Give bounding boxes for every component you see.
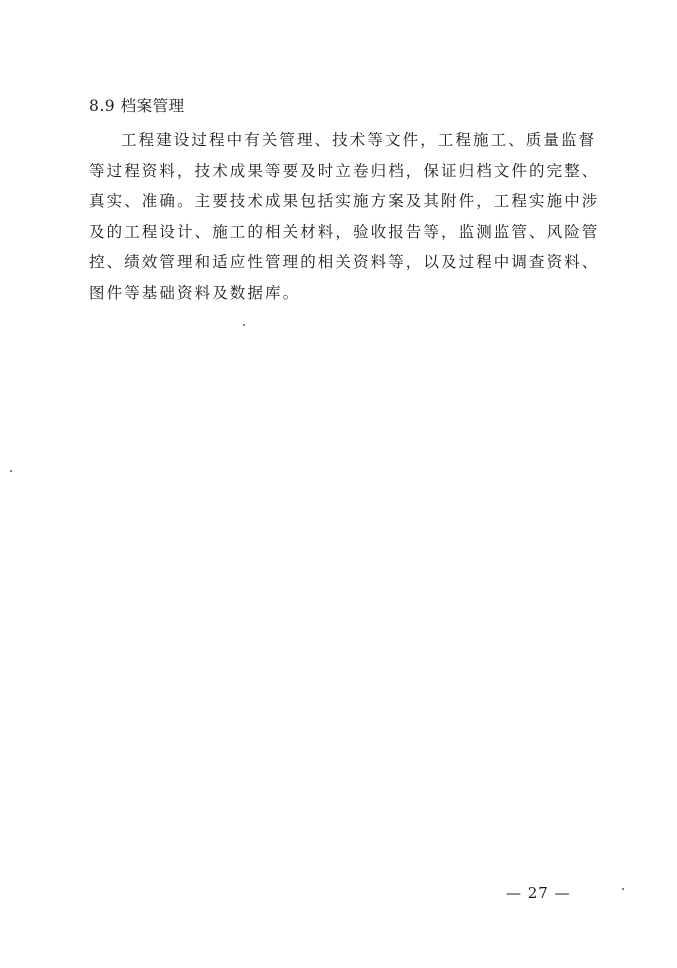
scan-speck: [243, 324, 245, 326]
scan-speck: [622, 888, 624, 890]
scan-speck: [10, 470, 12, 472]
paragraph-line: 控、绩效管理和适应性管理的相关资料等，以及过程中调查资料、: [89, 247, 589, 278]
page-number: — 27 —: [506, 884, 571, 902]
section-paragraph: 工程建设过程中有关管理、技术等文件，工程施工、质量监督 等过程资料，技术成果等要…: [89, 125, 589, 308]
paragraph-line: 及的工程设计、施工的相关材料，验收报告等，监测监管、风险管: [89, 217, 589, 248]
paragraph-line: 等过程资料，技术成果等要及时立卷归档，保证归档文件的完整、: [89, 156, 589, 187]
paragraph-line: 真实、准确。主要技术成果包括实施方案及其附件，工程实施中涉: [89, 186, 589, 217]
section-heading: 8.9 档案管理: [89, 94, 185, 116]
paragraph-line: 图件等基础资料及数据库。: [89, 278, 589, 309]
paragraph-line: 工程建设过程中有关管理、技术等文件，工程施工、质量监督: [89, 125, 589, 156]
